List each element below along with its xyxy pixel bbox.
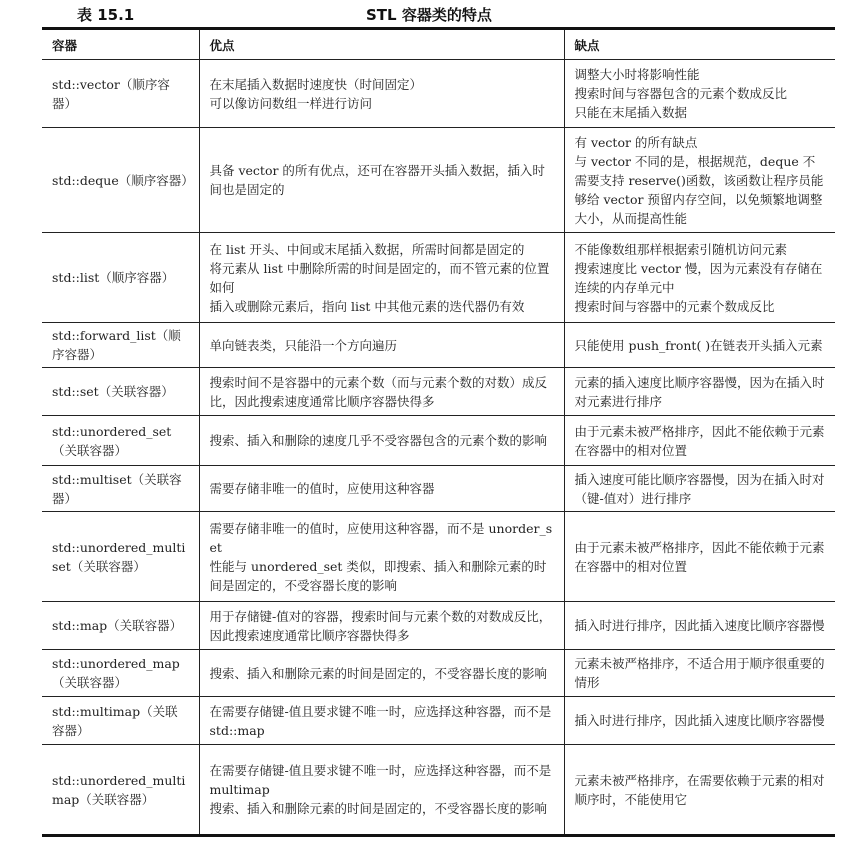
pro-item: 搜索时间不是容器中的元素个数（而与元素个数的对数）成反比，因此搜索速度通常比顺序…: [210, 373, 554, 411]
cell-container: std::unordered_map（关联容器）: [42, 650, 199, 697]
con-item: 只能在末尾插入数据: [575, 103, 826, 122]
pro-item: 具备 vector 的所有优点，还可在容器开头插入数据，插入时间也是固定的: [210, 161, 554, 199]
header-pros: 优点: [199, 29, 564, 60]
pro-item: 在需要存储键-值且要求键不唯一时，应选择这种容器，而不是 std::map: [210, 702, 554, 740]
table-row: std::unordered_multiset（关联容器）需要存储非唯一的值时，…: [42, 512, 835, 602]
cell-cons: 元素的插入速度比顺序容器慢，因为在插入时对元素进行排序: [564, 368, 835, 416]
cell-cons: 由于元素未被严格排序，因此不能依赖于元素在容器中的相对位置: [564, 416, 835, 466]
cell-cons: 插入时进行排序，因此插入速度比顺序容器慢: [564, 602, 835, 650]
pro-item: 用于存储键-值对的容器，搜索时间与元素个数的对数成反比，因此搜索速度通常比顺序容…: [210, 607, 554, 645]
con-item: 插入时进行排序，因此插入速度比顺序容器慢: [575, 616, 826, 635]
con-item: 由于元素未被严格排序，因此不能依赖于元素在容器中的相对位置: [575, 422, 826, 460]
con-item: 有 vector 的所有缺点: [575, 133, 826, 152]
cell-container: std::forward_list（顺序容器）: [42, 323, 199, 368]
cell-pros: 搜索、插入和删除元素的时间是固定的，不受容器长度的影响: [199, 650, 564, 697]
cell-cons: 插入时进行排序，因此插入速度比顺序容器慢: [564, 697, 835, 745]
table-row: std::multiset（关联容器）需要存储非唯一的值时，应使用这种容器插入速…: [42, 466, 835, 512]
cell-container: std::map（关联容器）: [42, 602, 199, 650]
con-item: 搜索速度比 vector 慢，因为元素没有存储在连续的内存单元中: [575, 259, 826, 297]
pro-item: 搜索、插入和删除的速度几乎不受容器包含的元素个数的影响: [210, 431, 554, 450]
cell-container: std::unordered_set（关联容器）: [42, 416, 199, 466]
con-item: 搜索时间与容器包含的元素个数成反比: [575, 84, 826, 103]
cell-cons: 有 vector 的所有缺点与 vector 不同的是，根据规范，deque 不…: [564, 128, 835, 233]
cell-pros: 在末尾插入数据时速度快（时间固定）可以像访问数组一样进行访问: [199, 60, 564, 128]
cell-pros: 需要存储非唯一的值时，应使用这种容器: [199, 466, 564, 512]
cell-pros: 在 list 开头、中间或末尾插入数据，所需时间都是固定的将元素从 list 中…: [199, 233, 564, 323]
cell-container: std::set（关联容器）: [42, 368, 199, 416]
cell-container: std::list（顺序容器）: [42, 233, 199, 323]
cell-cons: 元素未被严格排序，在需要依赖于元素的相对顺序时，不能使用它: [564, 745, 835, 836]
table-row: std::unordered_multimap（关联容器）在需要存储键-值且要求…: [42, 745, 835, 836]
pro-item: 搜索、插入和删除元素的时间是固定的，不受容器长度的影响: [210, 799, 554, 818]
cell-pros: 需要存储非唯一的值时，应使用这种容器，而不是 unorder_set性能与 un…: [199, 512, 564, 602]
con-item: 元素未被严格排序，在需要依赖于元素的相对顺序时，不能使用它: [575, 771, 826, 809]
cell-pros: 具备 vector 的所有优点，还可在容器开头插入数据，插入时间也是固定的: [199, 128, 564, 233]
cell-cons: 调整大小时将影响性能搜索时间与容器包含的元素个数成反比只能在末尾插入数据: [564, 60, 835, 128]
con-item: 元素未被严格排序，不适合用于顺序很重要的情形: [575, 654, 826, 692]
con-item: 由于元素未被严格排序，因此不能依赖于元素在容器中的相对位置: [575, 538, 826, 576]
cell-container: std::multiset（关联容器）: [42, 466, 199, 512]
cell-pros: 在需要存储键-值且要求键不唯一时，应选择这种容器，而不是 multimap搜索、…: [199, 745, 564, 836]
cell-cons: 只能使用 push_front( )在链表开头插入元素: [564, 323, 835, 368]
table-row: std::set（关联容器）搜索时间不是容器中的元素个数（而与元素个数的对数）成…: [42, 368, 835, 416]
cell-cons: 不能像数组那样根据索引随机访问元素搜索速度比 vector 慢，因为元素没有存储…: [564, 233, 835, 323]
pro-item: 在末尾插入数据时速度快（时间固定）: [210, 75, 554, 94]
cell-pros: 搜索时间不是容器中的元素个数（而与元素个数的对数）成反比，因此搜索速度通常比顺序…: [199, 368, 564, 416]
table-row: std::forward_list（顺序容器）单向链表类，只能沿一个方向遍历只能…: [42, 323, 835, 368]
header-cons: 缺点: [564, 29, 835, 60]
con-item: 不能像数组那样根据索引随机访问元素: [575, 240, 826, 259]
cell-container: std::unordered_multimap（关联容器）: [42, 745, 199, 836]
cell-cons: 元素未被严格排序，不适合用于顺序很重要的情形: [564, 650, 835, 697]
con-item: 只能使用 push_front( )在链表开头插入元素: [575, 336, 826, 355]
cell-cons: 插入速度可能比顺序容器慢，因为在插入时对（键-值对）进行排序: [564, 466, 835, 512]
pro-item: 插入或删除元素后，指向 list 中其他元素的迭代器仍有效: [210, 297, 554, 316]
cell-container: std::deque（顺序容器）: [42, 128, 199, 233]
stl-containers-table: 容器 优点 缺点 std::vector（顺序容器）在末尾插入数据时速度快（时间…: [42, 27, 835, 837]
cell-pros: 用于存储键-值对的容器，搜索时间与元素个数的对数成反比，因此搜索速度通常比顺序容…: [199, 602, 564, 650]
cell-pros: 搜索、插入和删除的速度几乎不受容器包含的元素个数的影响: [199, 416, 564, 466]
cell-container: std::vector（顺序容器）: [42, 60, 199, 128]
con-item: 插入速度可能比顺序容器慢，因为在插入时对（键-值对）进行排序: [575, 470, 826, 508]
pro-item: 在 list 开头、中间或末尾插入数据，所需时间都是固定的: [210, 240, 554, 259]
pro-item: 性能与 unordered_set 类似，即搜索、插入和删除元素的时间是固定的，…: [210, 557, 554, 595]
cell-pros: 在需要存储键-值且要求键不唯一时，应选择这种容器，而不是 std::map: [199, 697, 564, 745]
table-row: std::unordered_map（关联容器）搜索、插入和删除元素的时间是固定…: [42, 650, 835, 697]
con-item: 元素的插入速度比顺序容器慢，因为在插入时对元素进行排序: [575, 373, 826, 411]
con-item: 搜索时间与容器中的元素个数成反比: [575, 297, 826, 316]
table-title: STL 容器类的特点: [366, 4, 492, 25]
table-row: std::list（顺序容器）在 list 开头、中间或末尾插入数据，所需时间都…: [42, 233, 835, 323]
table-row: std::vector（顺序容器）在末尾插入数据时速度快（时间固定）可以像访问数…: [42, 60, 835, 128]
pro-item: 单向链表类，只能沿一个方向遍历: [210, 336, 554, 355]
pro-item: 需要存储非唯一的值时，应使用这种容器，而不是 unorder_set: [210, 519, 554, 557]
header-row: 容器 优点 缺点: [42, 29, 835, 60]
table-row: std::unordered_set（关联容器）搜索、插入和删除的速度几乎不受容…: [42, 416, 835, 466]
con-item: 插入时进行排序，因此插入速度比顺序容器慢: [575, 711, 826, 730]
pro-item: 可以像访问数组一样进行访问: [210, 94, 554, 113]
pro-item: 在需要存储键-值且要求键不唯一时，应选择这种容器，而不是 multimap: [210, 761, 554, 799]
table-row: std::deque（顺序容器）具备 vector 的所有优点，还可在容器开头插…: [42, 128, 835, 233]
cell-container: std::unordered_multiset（关联容器）: [42, 512, 199, 602]
table-row: std::map（关联容器）用于存储键-值对的容器，搜索时间与元素个数的对数成反…: [42, 602, 835, 650]
cell-container: std::multimap（关联容器）: [42, 697, 199, 745]
table-row: std::multimap（关联容器）在需要存储键-值且要求键不唯一时，应选择这…: [42, 697, 835, 745]
con-item: 与 vector 不同的是，根据规范，deque 不需要支持 reserve()…: [575, 152, 826, 228]
table-caption: 表 15.1 STL 容器类的特点: [0, 4, 860, 26]
pro-item: 需要存储非唯一的值时，应使用这种容器: [210, 479, 554, 498]
cell-pros: 单向链表类，只能沿一个方向遍历: [199, 323, 564, 368]
con-item: 调整大小时将影响性能: [575, 65, 826, 84]
cell-cons: 由于元素未被严格排序，因此不能依赖于元素在容器中的相对位置: [564, 512, 835, 602]
table-number: 表 15.1: [77, 4, 134, 25]
pro-item: 搜索、插入和删除元素的时间是固定的，不受容器长度的影响: [210, 664, 554, 683]
table-body: std::vector（顺序容器）在末尾插入数据时速度快（时间固定）可以像访问数…: [42, 60, 835, 836]
header-container: 容器: [42, 29, 199, 60]
pro-item: 将元素从 list 中删除所需的时间是固定的，而不管元素的位置如何: [210, 259, 554, 297]
